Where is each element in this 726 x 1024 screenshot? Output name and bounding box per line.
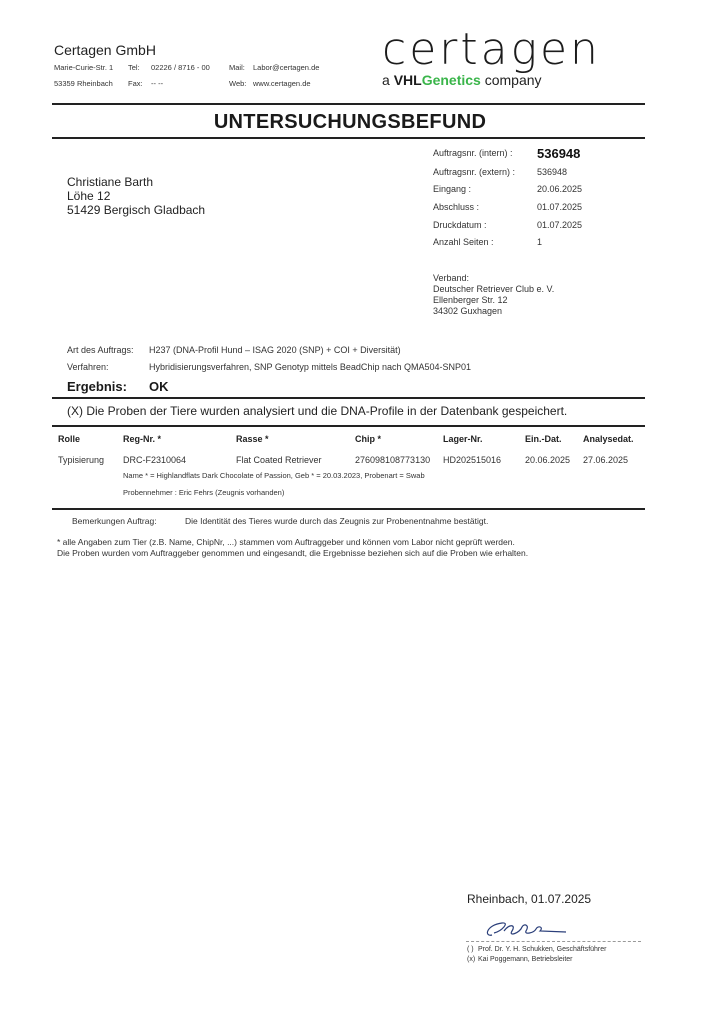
place-date: Rheinbach, 01.07.2025 <box>467 892 591 906</box>
tel-value: 02226 / 8716 - 00 <box>151 63 210 72</box>
divider <box>52 397 645 399</box>
fax-label: Fax: <box>128 79 143 88</box>
tagline-prefix: a <box>382 72 394 88</box>
divider <box>52 425 645 427</box>
certagen-logo: certagen <box>382 30 601 70</box>
method-label: Verfahren: <box>67 362 109 372</box>
order-type-label: Art des Auftrags: <box>67 345 134 355</box>
signer-2-mark: (x) <box>467 956 476 963</box>
document-title: UNTERSUCHUNGSBEFUND <box>0 111 700 134</box>
col-header-received-date: Ein.-Dat. <box>525 434 562 444</box>
company-city: 53359 Rheinbach <box>54 79 113 88</box>
col-header-role: Rolle <box>58 434 80 444</box>
cell-reg-nr: DRC-F2310064 <box>123 455 186 465</box>
signer-1-text: Prof. Dr. Y. H. Schukken, Geschäftsführe… <box>478 946 607 953</box>
signer-2-text: Kai Poggemann, Betriebsleiter <box>478 956 573 963</box>
divider <box>52 508 645 510</box>
web-value: www.certagen.de <box>253 79 311 88</box>
association-address: Verband: Deutscher Retriever Club e. V. … <box>433 273 554 317</box>
order-info-label: Auftragsnr. (extern) : <box>433 167 515 177</box>
order-info-value: 20.06.2025 <box>537 184 582 194</box>
cell-role: Typisierung <box>58 455 104 465</box>
order-info-value: 01.07.2025 <box>537 220 582 230</box>
order-info-value: 536948 <box>537 167 567 177</box>
web-label: Web: <box>229 79 246 88</box>
order-info-label: Anzahl Seiten : <box>433 237 494 247</box>
sampler-info: Probennehmer : Eric Fehrs (Zeugnis vorha… <box>123 488 284 497</box>
tagline-vhl: VHL <box>394 72 422 88</box>
signer-2: (x) Kai Poggemann, Betriebsleiter <box>467 956 573 963</box>
col-header-breed: Rasse * <box>236 434 269 444</box>
mail-label: Mail: <box>229 63 245 72</box>
col-header-reg-nr: Reg-Nr. * <box>123 434 161 444</box>
association-city: 34302 Guxhagen <box>433 306 554 317</box>
cell-received-date: 20.06.2025 <box>525 455 570 465</box>
result-label: Ergebnis: <box>67 379 127 394</box>
order-info-value: 1 <box>537 237 542 247</box>
tel-label: Tel: <box>128 63 140 72</box>
cell-breed: Flat Coated Retriever <box>236 455 322 465</box>
order-type-value: H237 (DNA-Profil Hund – ISAG 2020 (SNP) … <box>149 345 401 355</box>
signature-icon <box>480 917 570 948</box>
order-info-value: 01.07.2025 <box>537 202 582 212</box>
signer-1: ( ) Prof. Dr. Y. H. Schukken, Geschäftsf… <box>467 946 606 953</box>
order-info-label: Druckdatum : <box>433 220 487 230</box>
tagline-suffix: company <box>481 72 542 88</box>
animal-detail: Name * = Highlandflats Dark Chocolate of… <box>123 471 425 480</box>
footnote-2: Die Proben wurden vom Auftraggeber genom… <box>57 548 528 558</box>
order-info-label: Auftragsnr. (intern) : <box>433 148 513 158</box>
method-value: Hybridisierungsverfahren, SNP Genotyp mi… <box>149 362 471 372</box>
signer-1-mark: ( ) <box>467 946 476 953</box>
company-name: Certagen GmbH <box>54 42 156 58</box>
cell-storage-nr: HD202515016 <box>443 455 501 465</box>
mail-value: Labor@certagen.de <box>253 63 319 72</box>
logo-tagline: a VHLGenetics company <box>382 72 542 88</box>
association-street: Ellenberger Str. 12 <box>433 295 554 306</box>
association-name: Deutscher Retriever Club e. V. <box>433 284 554 295</box>
signature-line <box>466 941 641 942</box>
recipient-address: Christiane Barth Löhe 12 51429 Bergisch … <box>67 175 205 217</box>
cell-analysis-date: 27.06.2025 <box>583 455 628 465</box>
recipient-street: Löhe 12 <box>67 189 205 203</box>
result-value: OK <box>149 379 169 394</box>
footnote-1: * alle Angaben zum Tier (z.B. Name, Chip… <box>57 537 515 547</box>
order-info-label: Eingang : <box>433 184 471 194</box>
remarks-value: Die Identität des Tieres wurde durch das… <box>185 516 488 526</box>
order-info-value: 536948 <box>537 146 580 161</box>
tagline-genetics: Genetics <box>422 72 481 88</box>
remarks-label: Bemerkungen Auftrag: <box>72 516 157 526</box>
company-street: Marie-Curie-Str. 1 <box>54 63 113 72</box>
recipient-name: Christiane Barth <box>67 175 205 189</box>
col-header-chip: Chip * <box>355 434 381 444</box>
col-header-analysis-date: Analysedat. <box>583 434 634 444</box>
col-header-storage-nr: Lager-Nr. <box>443 434 483 444</box>
cell-chip: 276098108773130 <box>355 455 430 465</box>
association-label: Verband: <box>433 273 554 284</box>
recipient-city: 51429 Bergisch Gladbach <box>67 203 205 217</box>
divider <box>52 137 645 139</box>
fax-value: -- -- <box>151 79 163 88</box>
order-info-label: Abschluss : <box>433 202 479 212</box>
divider <box>52 103 645 105</box>
analysis-statement: (X) Die Proben der Tiere wurden analysie… <box>67 404 567 418</box>
